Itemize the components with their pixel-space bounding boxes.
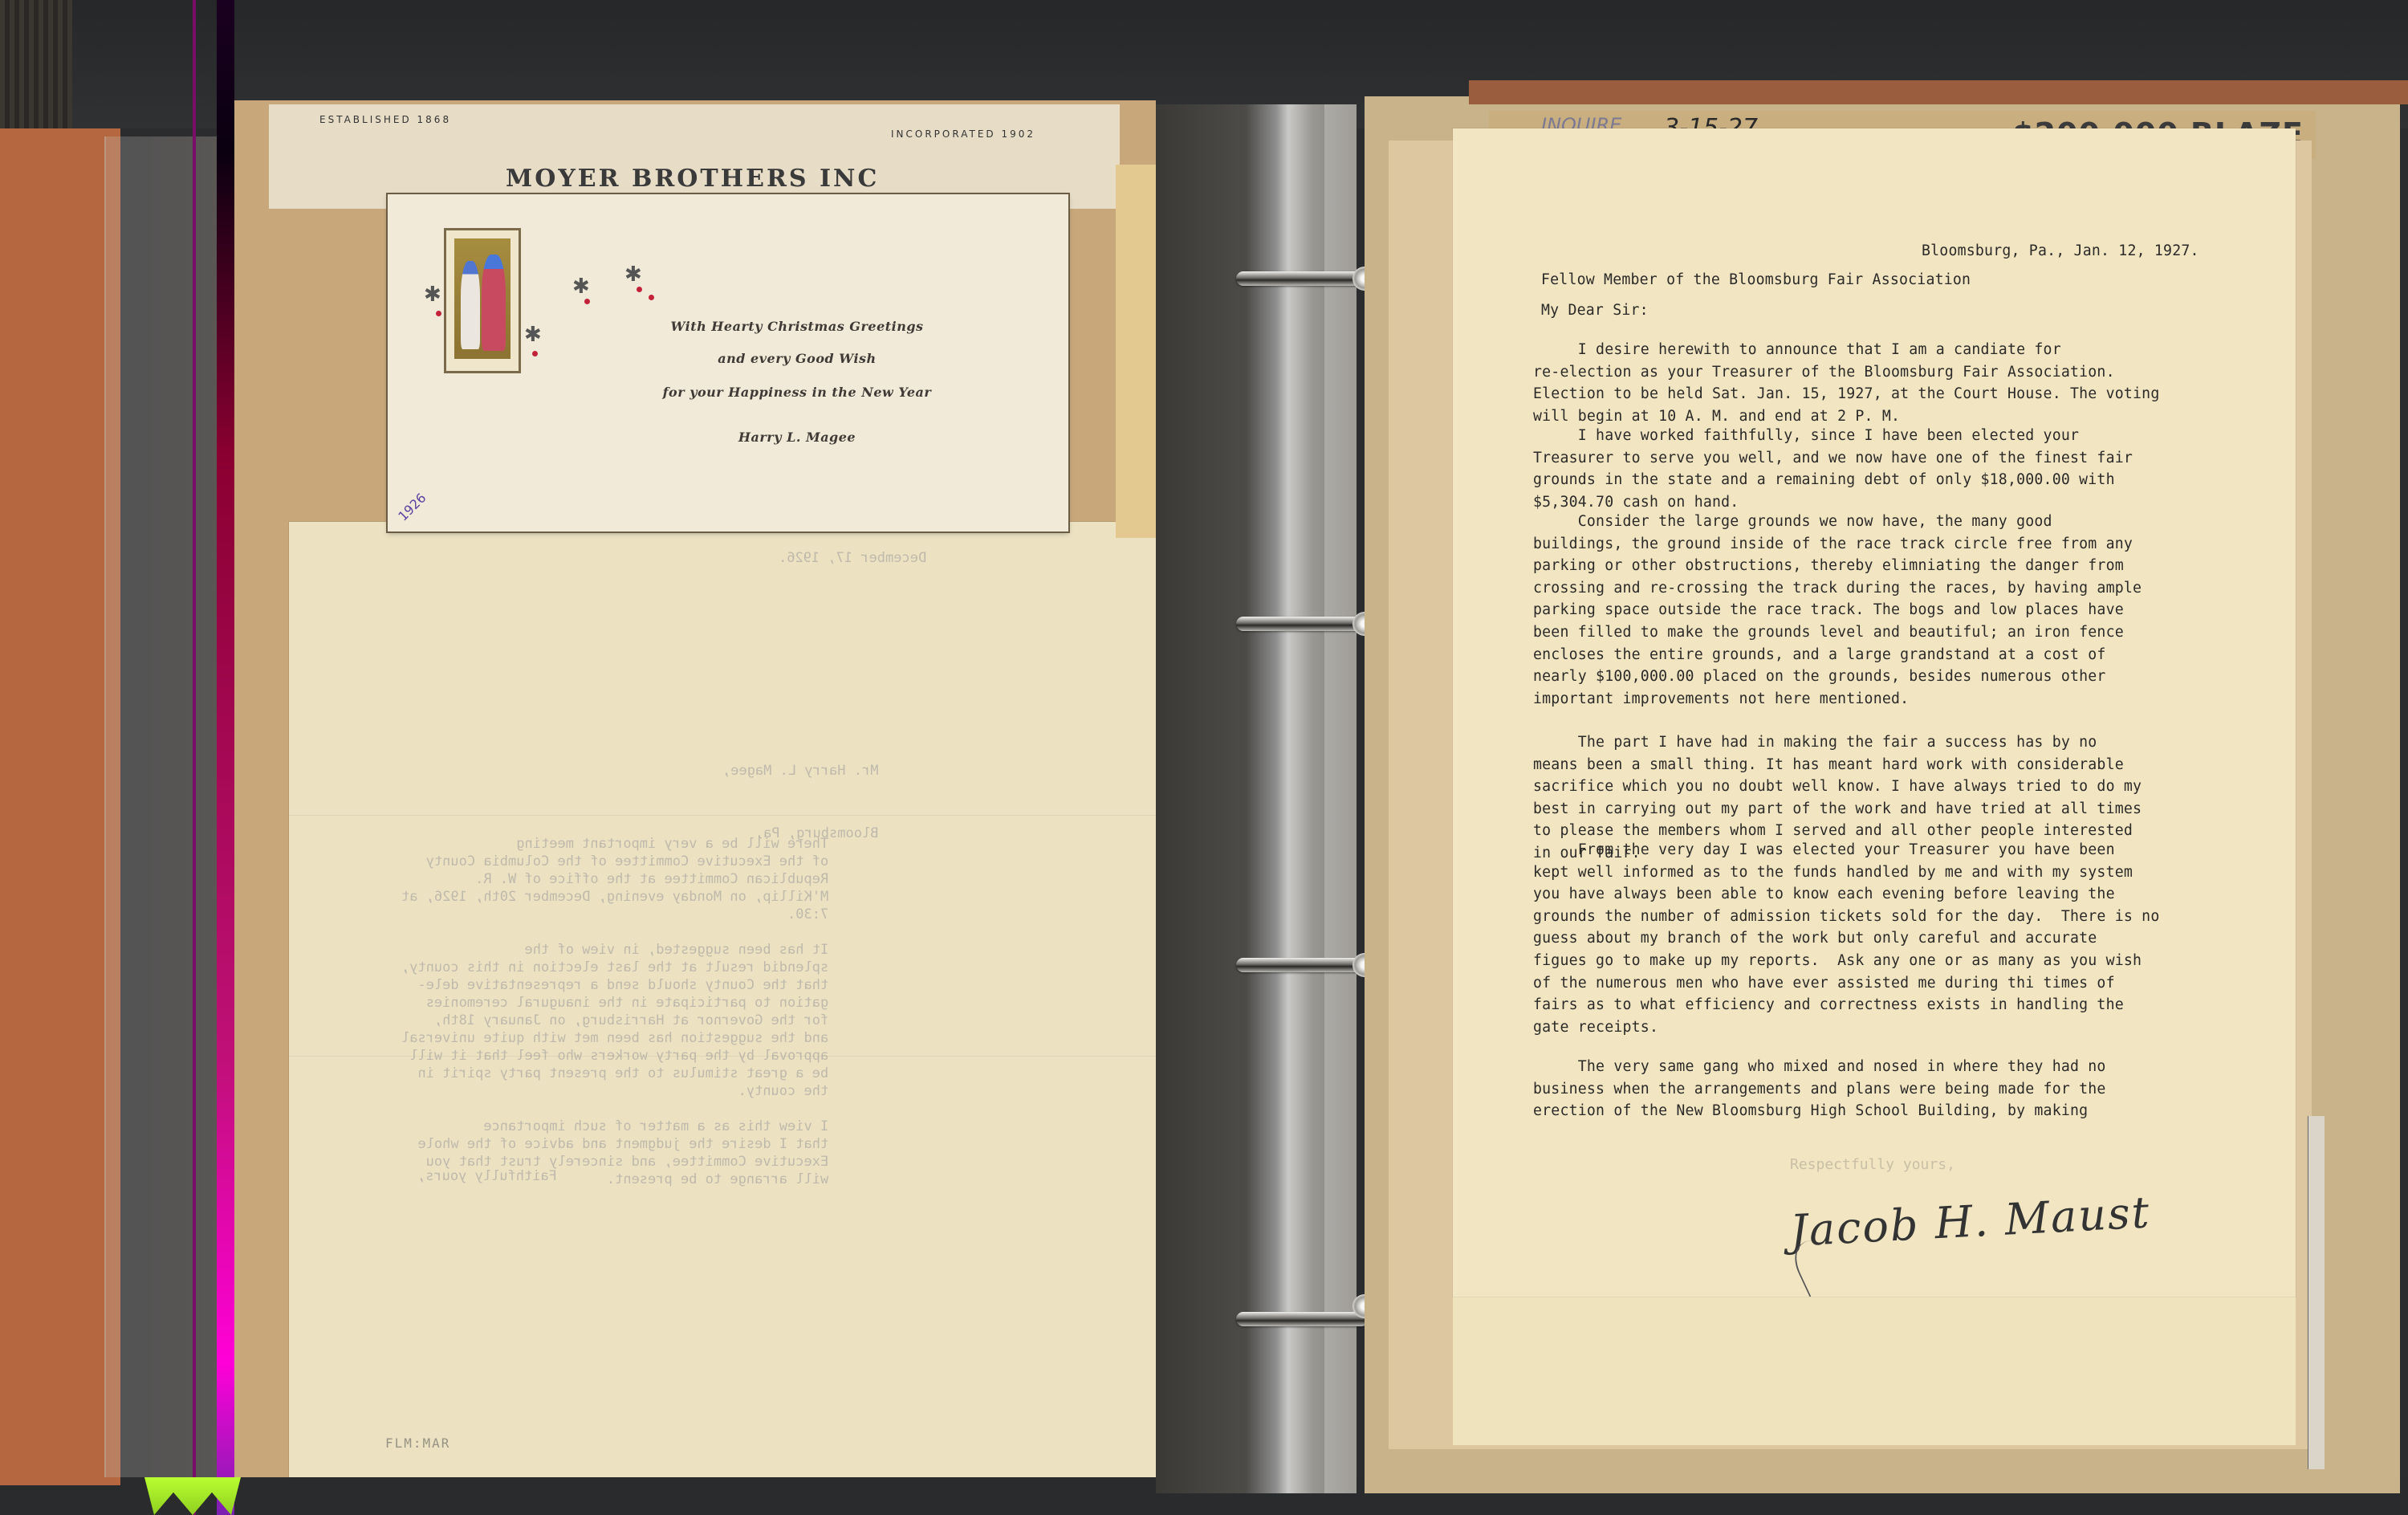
faded-letter-line: that I desire the judgment and advice of… bbox=[401, 1135, 828, 1153]
letter-line: Consider the large grounds we now have, … bbox=[1533, 511, 2255, 533]
binder-ring bbox=[1236, 617, 1369, 631]
letter-line: parking or other obstructions, thereby e… bbox=[1533, 555, 2255, 577]
binder-ring bbox=[1236, 958, 1369, 972]
card-signature: Harry L. Magee bbox=[588, 430, 1006, 445]
letterhead-company-name: MOYER BROTHERS INC bbox=[506, 165, 879, 193]
faded-letter-line: be a great stimulus to the present party… bbox=[401, 1065, 828, 1082]
letterhead-incorporated: INCORPORATED 1902 bbox=[891, 128, 1035, 140]
typed-letter: Bloomsburg, Pa., Jan. 12, 1927. Fellow M… bbox=[1453, 128, 2296, 1297]
scan-artifact-glitch bbox=[144, 1477, 241, 1515]
letter-line: re-election as your Treasurer of the Blo… bbox=[1533, 361, 2255, 384]
scan-artifact-line bbox=[193, 0, 196, 1515]
caroler-woman-icon bbox=[482, 255, 506, 351]
christmas-greeting-card: ✱ ✱ ✱ ✱ With Hearty Christmas Greetings … bbox=[388, 194, 1068, 531]
holly-icon: ✱ bbox=[524, 323, 542, 347]
letter-paragraph: From the very day I was elected your Tre… bbox=[1533, 839, 2255, 1038]
letter-line: The part I have had in making the fair a… bbox=[1533, 731, 2255, 754]
letter-paragraph: I desire herewith to announce that I am … bbox=[1533, 339, 2255, 427]
faded-letter-line: and the suggestion has been met with qui… bbox=[401, 1029, 828, 1047]
letter-line: parking space outside the race track. Th… bbox=[1533, 599, 2255, 621]
faded-letter-body: There will be a very important meetingof… bbox=[401, 835, 828, 1188]
berry-icon bbox=[532, 351, 538, 356]
berry-icon bbox=[436, 311, 441, 316]
letter-line: encloses the entire grounds, and a large… bbox=[1533, 644, 2255, 666]
window-icon bbox=[454, 238, 510, 359]
address-line: Mr. Harry L. Magee, bbox=[722, 760, 878, 781]
faded-letter-line: It has been suggested, in view of the bbox=[401, 941, 828, 959]
letter-line: grounds the number of admission tickets … bbox=[1533, 906, 2255, 928]
letter-line: Treasurer to serve you well, and we now … bbox=[1533, 447, 2255, 470]
faded-letter-line: approval by the party workers who feel t… bbox=[401, 1047, 828, 1065]
faded-letter-line bbox=[401, 923, 828, 941]
faded-letter: December 17, 1926. Mr. Harry L. Magee, B… bbox=[289, 522, 1156, 1477]
letter-line: Election to be held Sat. Jan. 15, 1927, … bbox=[1533, 383, 2255, 405]
letter-paragraph: I have worked faithfully, since I have b… bbox=[1533, 425, 2255, 513]
letter-line: I desire herewith to announce that I am … bbox=[1533, 339, 2255, 361]
letter-line: crossing and re-crossing the track durin… bbox=[1533, 577, 2255, 600]
letter-line: means been a small thing. It has meant h… bbox=[1533, 754, 2255, 776]
letter-line: buildings, the ground inside of the race… bbox=[1533, 533, 2255, 556]
letter-line: important improvements not here mentione… bbox=[1533, 688, 2255, 711]
holly-icon: ✱ bbox=[424, 283, 441, 307]
faded-letter-line: I view this as a matter of such importan… bbox=[401, 1118, 828, 1135]
faded-letter-line: splendid result at the last election in … bbox=[401, 959, 828, 976]
carolers-illustration-icon bbox=[444, 228, 521, 373]
letter-paragraph: The very same gang who mixed and nosed i… bbox=[1533, 1056, 2255, 1122]
caroler-child-icon bbox=[461, 261, 480, 349]
binder-ring bbox=[1236, 271, 1369, 286]
faded-letter-date: December 17, 1926. bbox=[779, 550, 926, 566]
faded-letter-line: Republican Committee at the office of W.… bbox=[401, 870, 828, 888]
letter-line: you have always been able to know each e… bbox=[1533, 883, 2255, 906]
binder-ring bbox=[1236, 1312, 1369, 1326]
scan-artifact-band bbox=[217, 0, 234, 1515]
letter-line: The very same gang who mixed and nosed i… bbox=[1533, 1056, 2255, 1078]
letter-line: From the very day I was elected your Tre… bbox=[1533, 839, 2255, 861]
berry-icon bbox=[637, 287, 642, 292]
letter-line: erection of the New Bloomsburg High Scho… bbox=[1533, 1100, 2255, 1122]
faded-letter-line: gation to participate in the inaugural c… bbox=[401, 994, 828, 1012]
letter-line: nearly $100,000.00 placed on the grounds… bbox=[1533, 666, 2255, 688]
archive-stamp: FLM:MAR bbox=[385, 1436, 450, 1451]
letter-line: grounds in the state and a remaining deb… bbox=[1533, 469, 2255, 491]
letter-line: of the numerous men who have ever assist… bbox=[1533, 972, 2255, 995]
card-greeting-line: and every Good Wish bbox=[588, 351, 1006, 366]
binder-slot bbox=[0, 0, 72, 128]
faded-letter-line: of the Executive Committee of the Columb… bbox=[401, 853, 828, 870]
letter-line: business when the arrangements and plans… bbox=[1533, 1078, 2255, 1101]
sleeve-edge bbox=[1324, 104, 1357, 1493]
letter-line: been filled to make the grounds level an… bbox=[1533, 621, 2255, 644]
letter-line: gate receipts. bbox=[1533, 1016, 2255, 1039]
faded-letter-line: 7:30. bbox=[401, 906, 828, 923]
faded-letter-line: M'Killip, on Monday evening, December 20… bbox=[401, 888, 828, 906]
berry-icon bbox=[584, 299, 590, 304]
card-greeting-line: With Hearty Christmas Greetings bbox=[588, 319, 1006, 334]
letter-line: guess about my branch of the work but on… bbox=[1533, 927, 2255, 950]
sheet-stack-edge bbox=[104, 136, 234, 1477]
handwritten-year: 1926 bbox=[395, 490, 429, 523]
binder-cover-edge bbox=[1469, 80, 2408, 104]
letterhead-established: ESTABLISHED 1868 bbox=[319, 114, 451, 125]
letter-place-date: Bloomsburg, Pa., Jan. 12, 1927. bbox=[1922, 242, 2199, 259]
letter-line: kept well informed as to the funds handl… bbox=[1533, 861, 2255, 884]
faded-letter-line: that the County should send a representa… bbox=[401, 976, 828, 994]
faded-letter-line: the county. bbox=[401, 1082, 828, 1100]
letter-addressee: Fellow Member of the Bloomsburg Fair Ass… bbox=[1541, 271, 1971, 288]
letter-line: best in carrying out my part of the work… bbox=[1533, 798, 2255, 821]
letter-line: I have worked faithfully, since I have b… bbox=[1533, 425, 2255, 447]
letter-line: figues go to make up my reports. Ask any… bbox=[1533, 950, 2255, 972]
letter-closing: Respectfully yours, bbox=[1790, 1156, 1955, 1173]
faded-letter-line: There will be a very important meeting bbox=[401, 835, 828, 853]
binder-cover bbox=[0, 128, 120, 1485]
letter-paragraph: Consider the large grounds we now have, … bbox=[1533, 511, 2255, 710]
card-greeting-line: for your Happiness in the New Year bbox=[588, 385, 1006, 400]
holly-icon: ✱ bbox=[572, 275, 590, 299]
letter-line: sacrifice which you no doubt well know. … bbox=[1533, 776, 2255, 798]
clipping-edge-strip bbox=[2308, 1116, 2325, 1469]
faded-letter-line bbox=[401, 1100, 828, 1118]
faded-letter-line: for the Governor at Harrisburg, on Janua… bbox=[401, 1012, 828, 1029]
berry-icon bbox=[649, 295, 654, 300]
holly-icon: ✱ bbox=[624, 263, 642, 287]
letter-line: fairs as to what efficiency and correctn… bbox=[1533, 994, 2255, 1016]
faded-letter-closing: Faithfully yours, bbox=[417, 1168, 557, 1184]
letter-salutation: My Dear Sir: bbox=[1541, 302, 1649, 319]
